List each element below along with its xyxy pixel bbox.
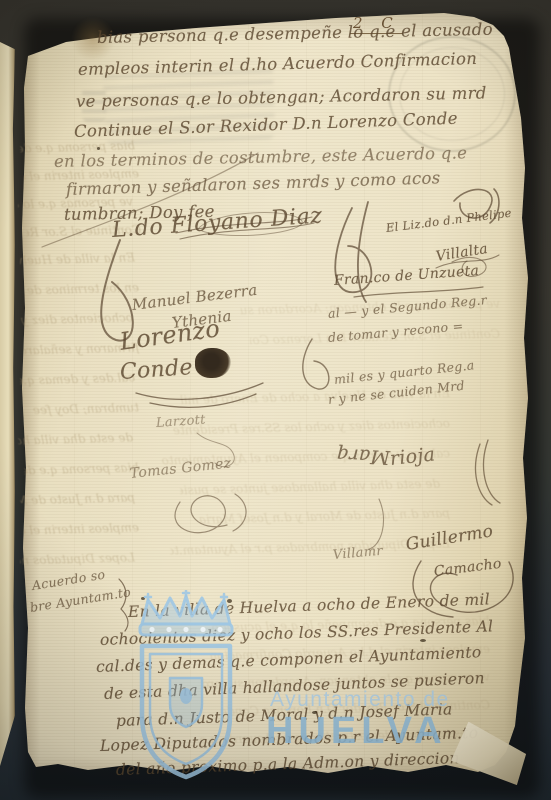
ink-speck: [227, 599, 232, 603]
manuscript-scan-photo: 2 C bias persona q.e desempeñe lo q.e el…: [0, 0, 551, 800]
ink-speck: [141, 597, 145, 600]
ink-speck: [312, 711, 317, 714]
ink-speck: [420, 639, 426, 642]
signature-lorenzo-conde: Conde: [119, 355, 193, 385]
adjacent-page-edge: [0, 42, 15, 766]
ink-speck: [97, 147, 100, 150]
signature-marq-rioja: rioja: [389, 443, 436, 470]
signature-marq-rioja: Marq: [305, 442, 390, 468]
